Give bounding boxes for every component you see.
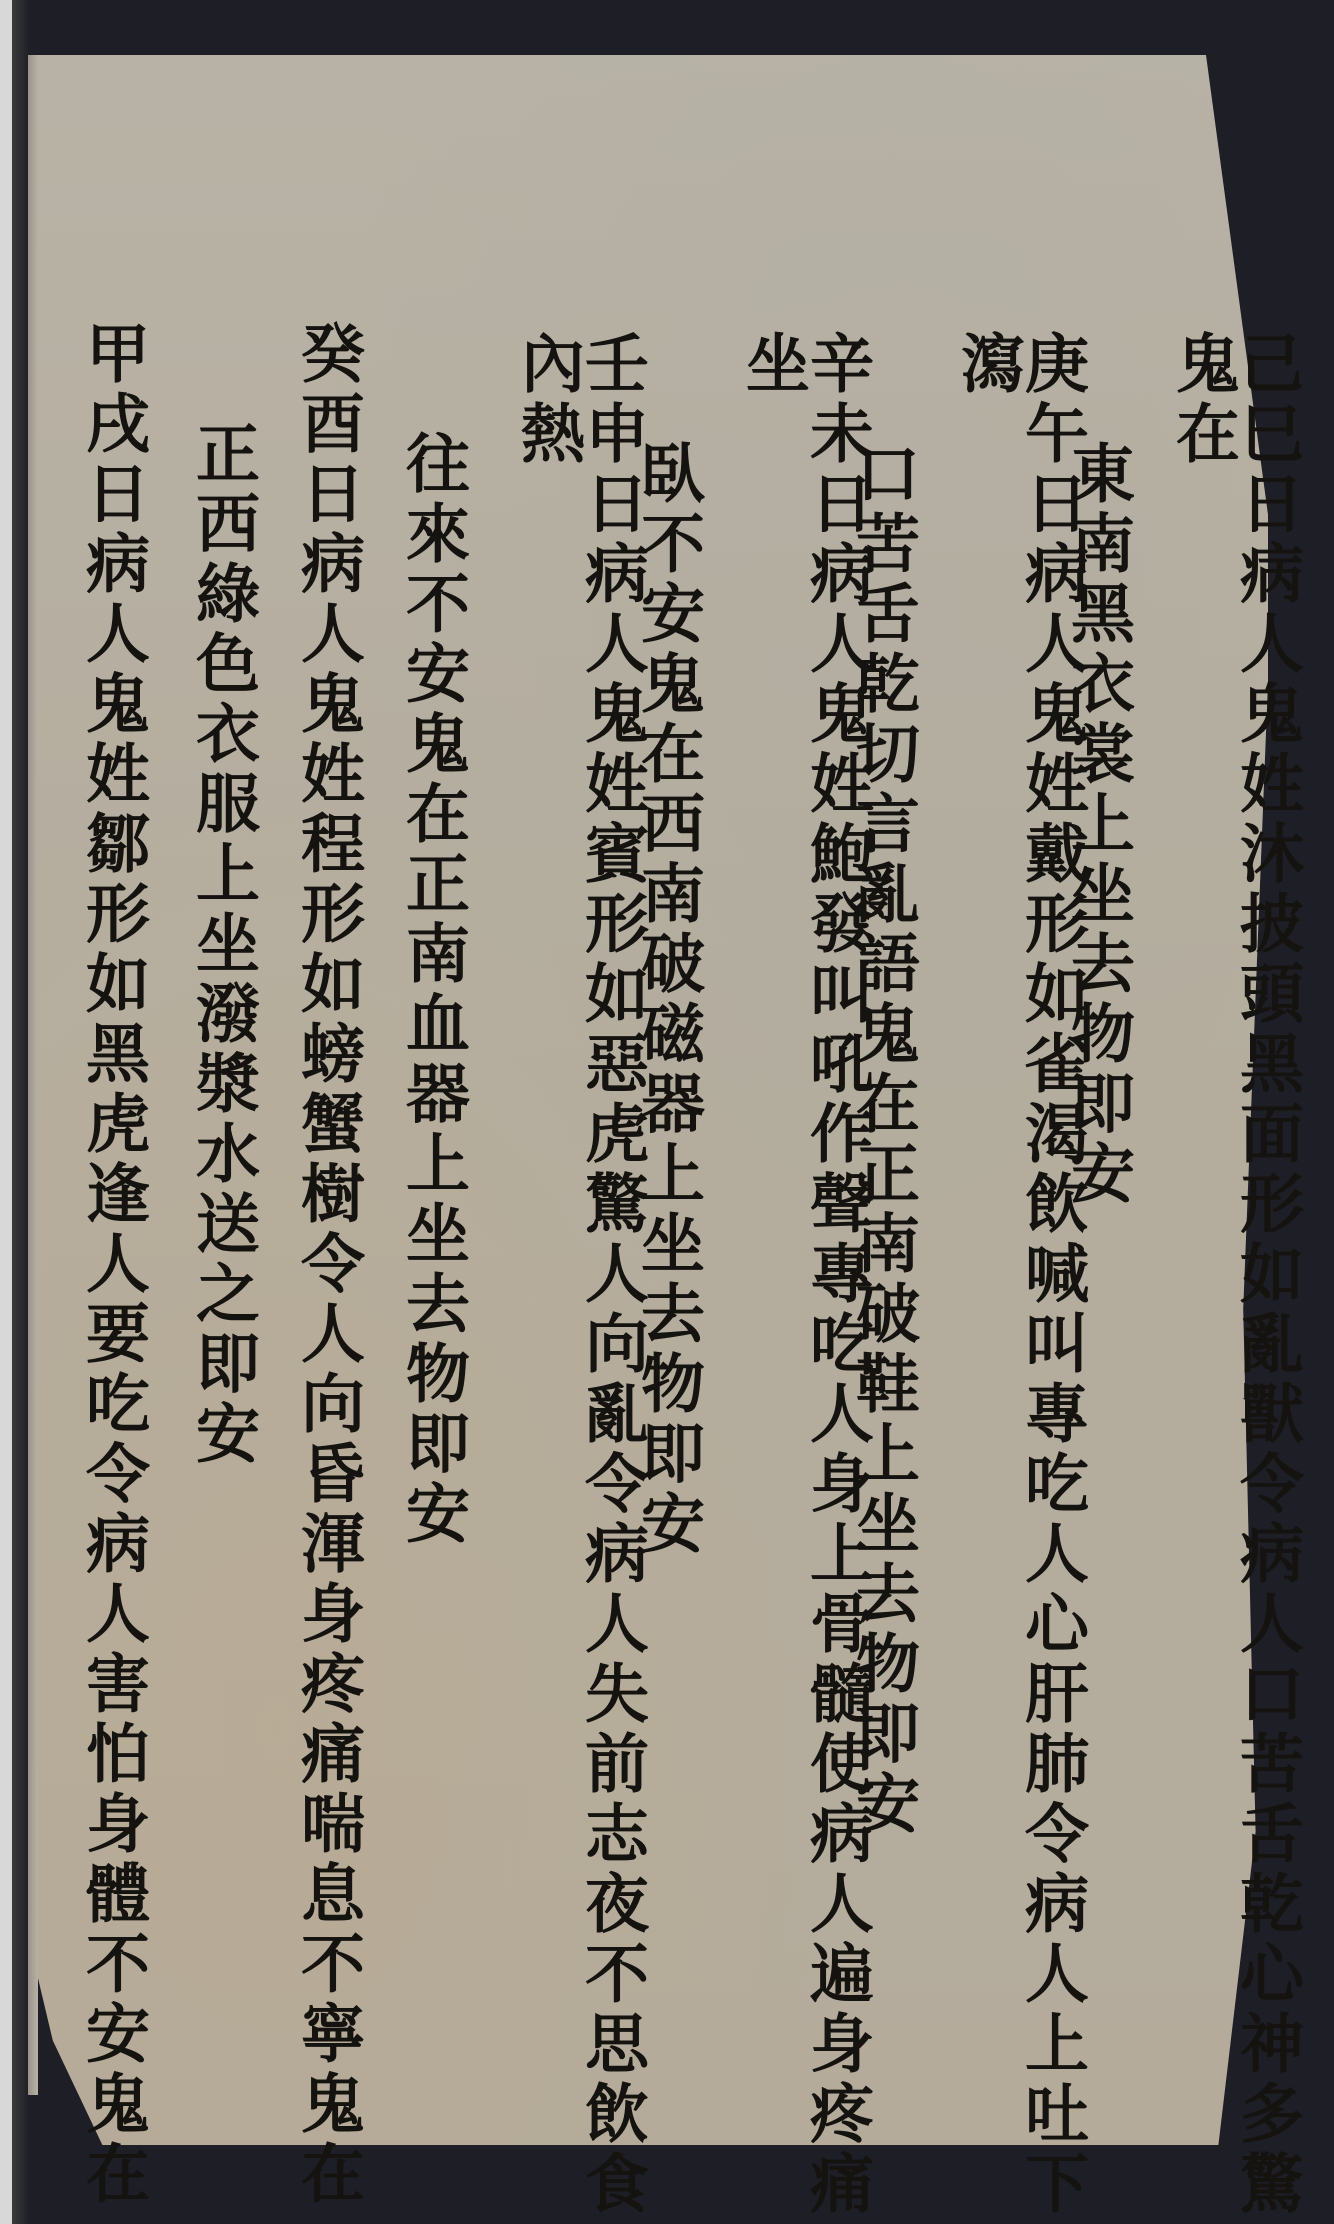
column-10-text: 正西綠色衣服上坐潑漿水送之即安	[185, 420, 260, 1470]
column-7: 壬申日病人鬼姓賓形如惡虎驚人向亂令病人失前志夜不思飲食內熱	[515, 330, 643, 2224]
scan-edge	[0, 0, 12, 2224]
column-9: 癸酉日病人鬼姓程形如螃蟹樹令人向昏渾身疼痛喘息不寧鬼在	[295, 320, 359, 2210]
column-3-text: 庚午日病人鬼姓戴形如雀渴飲喊叫專吃人心肝肺令病人上吐下瀉	[950, 330, 1089, 2220]
column-9-text: 癸酉日病人鬼姓程形如螃蟹樹令人向昏渾身疼痛喘息不寧鬼在	[290, 320, 365, 2210]
column-8-text: 往來不安鬼在正南血器上坐去物即安	[395, 430, 470, 1550]
column-10: 正西綠色衣服上坐潑漿水送之即安	[190, 420, 254, 1470]
column-11: 甲戌日病人鬼姓鄒形如黑虎逢人要吃令病人害怕身體不安鬼在	[80, 320, 144, 2210]
page-fold	[28, 55, 38, 2095]
column-5-text: 辛未日病人鬼姓鮑發叫吼作聲專吃人身上骨髓使病人遍身疼痛坐	[735, 330, 874, 2220]
column-5: 辛未日病人鬼姓鮑發叫吼作聲專吃人身上骨髓使病人遍身疼痛坐	[740, 330, 868, 2224]
column-8: 往來不安鬼在正南血器上坐去物即安	[400, 430, 464, 1550]
column-1: 己巳日病人鬼姓沐披頭黑面形如亂獸令病人口苦舌乾心神多驚鬼在	[1170, 330, 1298, 2224]
column-3: 庚午日病人鬼姓戴形如雀渴飲喊叫專吃人心肝肺令病人上吐下瀉	[955, 330, 1083, 2224]
column-1-text: 己巳日病人鬼姓沐披頭黑面形如亂獸令病人口苦舌乾心神多驚鬼在	[1165, 330, 1304, 2220]
column-7-text: 壬申日病人鬼姓賓形如惡虎驚人向亂令病人失前志夜不思飲食內熱	[510, 330, 649, 2220]
column-11-text: 甲戌日病人鬼姓鄒形如黑虎逢人要吃令病人害怕身體不安鬼在	[75, 320, 150, 2210]
